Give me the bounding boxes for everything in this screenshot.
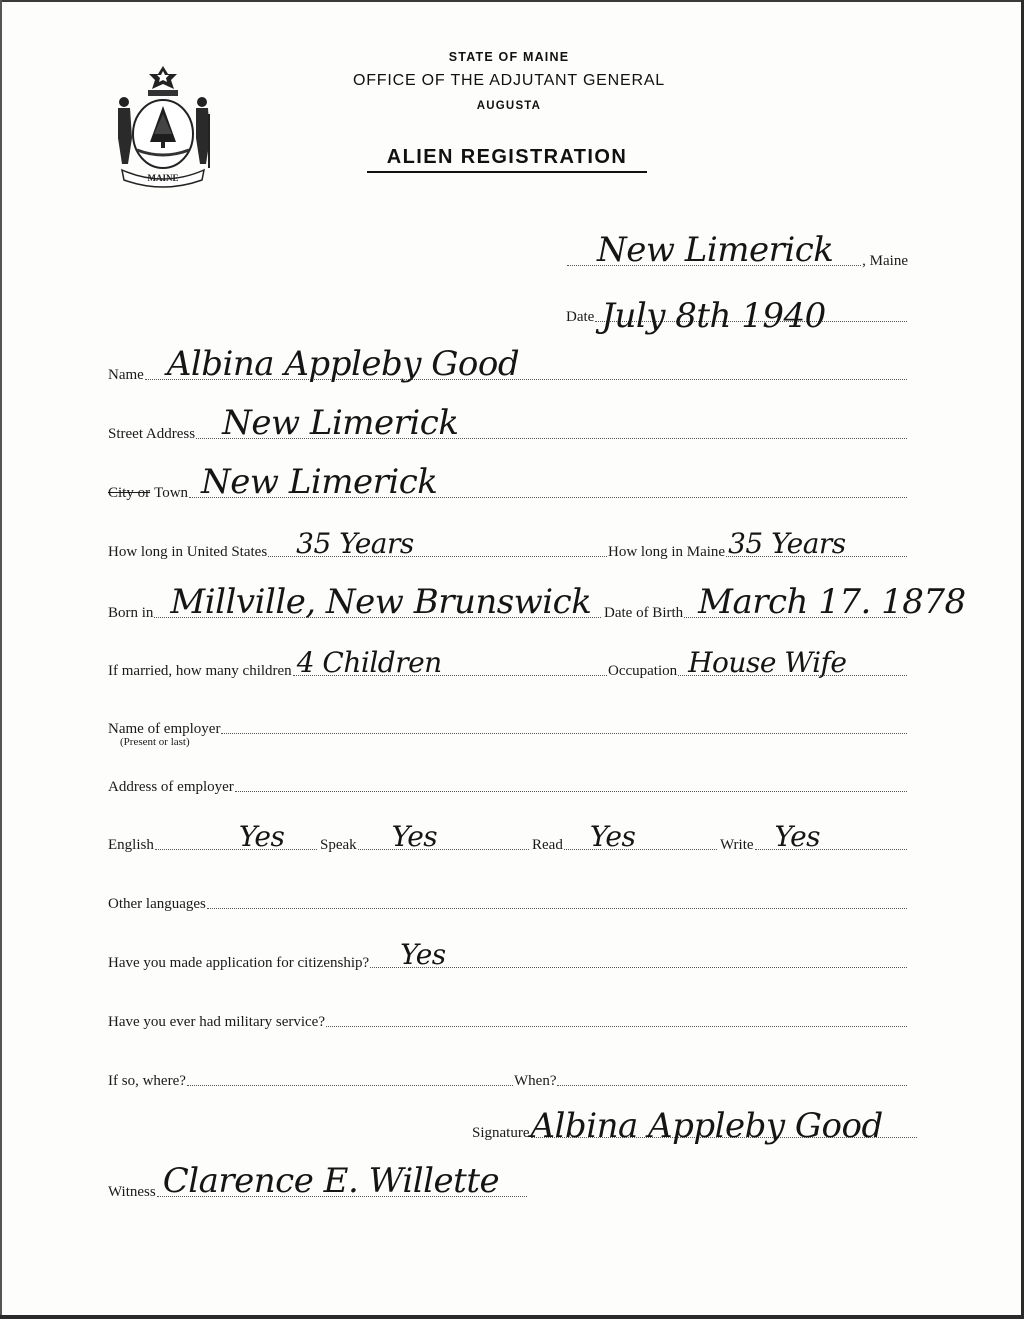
header-state: STATE OF MAINE xyxy=(0,50,1018,64)
years-us-label: How long in United States xyxy=(108,543,267,561)
read-value: Yes xyxy=(590,821,636,853)
born-in-value: Millville, New Brunswick xyxy=(170,583,591,621)
military-service-label: Have you ever had military service? xyxy=(108,1013,325,1031)
speak-value: Yes xyxy=(392,821,438,853)
name-field[interactable]: Name Albina Appleby Good xyxy=(108,366,908,384)
header-office: OFFICE OF THE ADJUTANT GENERAL xyxy=(0,72,1018,90)
date-value: July 8th 1940 xyxy=(601,297,825,335)
page-title: ALIEN REGISTRATION xyxy=(367,146,647,173)
born-in-label: Born in xyxy=(108,604,153,622)
date-field[interactable]: Date July 8th 1940 xyxy=(566,308,908,326)
date-of-birth-label: Date of Birth xyxy=(604,604,683,622)
where-field[interactable]: If so, where? xyxy=(108,1072,514,1090)
children-label: If married, how many children xyxy=(108,662,292,680)
svg-text:MAINE: MAINE xyxy=(148,173,179,183)
other-languages-field[interactable]: Other languages xyxy=(108,895,908,913)
street-address-label: Street Address xyxy=(108,425,195,443)
years-maine-field[interactable]: How long in Maine 35 Years xyxy=(608,543,908,561)
place-field[interactable]: New Limerick , Maine xyxy=(566,252,908,270)
street-address-field[interactable]: Street Address New Limerick xyxy=(108,425,908,443)
witness-field[interactable]: Witness Clarence E. Willette xyxy=(108,1183,528,1201)
citizenship-label: Have you made application for citizenshi… xyxy=(108,954,369,972)
witness-label: Witness xyxy=(108,1183,156,1201)
children-value: 4 Children xyxy=(297,647,442,679)
town-field[interactable]: City or Town New Limerick xyxy=(108,484,908,502)
employer-address-field[interactable]: Address of employer xyxy=(108,778,908,796)
speak-label: Speak xyxy=(320,836,357,854)
occupation-label: Occupation xyxy=(608,662,677,680)
military-service-field[interactable]: Have you ever had military service? xyxy=(108,1013,908,1031)
where-label: If so, where? xyxy=(108,1072,186,1090)
date-of-birth-field[interactable]: Date of Birth March 17. 1878 xyxy=(604,604,908,622)
town-value: New Limerick xyxy=(201,463,437,501)
when-label: When? xyxy=(514,1072,556,1090)
witness-value: Clarence E. Willette xyxy=(163,1162,499,1200)
street-address-value: New Limerick xyxy=(222,404,458,442)
signature-field[interactable]: Signature Albina Appleby Good xyxy=(472,1124,918,1142)
page-edge xyxy=(0,0,2,1319)
occupation-value: House Wife xyxy=(688,647,846,679)
signature-label: Signature xyxy=(472,1124,530,1142)
signature-value: Albina Appleby Good xyxy=(531,1107,883,1145)
years-maine-value: 35 Years xyxy=(728,528,846,560)
city-or-label-struck: City or xyxy=(108,484,150,502)
date-label: Date xyxy=(566,308,594,326)
occupation-field[interactable]: Occupation House Wife xyxy=(608,662,908,680)
employer-name-field[interactable]: Name of employer xyxy=(108,720,908,738)
town-label: Town xyxy=(154,484,188,502)
name-label: Name xyxy=(108,366,144,384)
years-maine-label: How long in Maine xyxy=(608,543,725,561)
english-field[interactable]: English Yes xyxy=(108,836,318,854)
born-in-field[interactable]: Born in Millville, New Brunswick xyxy=(108,604,602,622)
write-value: Yes xyxy=(775,821,821,853)
employer-name-sublabel: (Present or last) xyxy=(120,736,190,748)
speak-field[interactable]: Speak Yes xyxy=(320,836,530,854)
page-edge xyxy=(0,0,1024,2)
citizenship-value: Yes xyxy=(400,939,446,971)
name-value: Albina Appleby Good xyxy=(167,345,519,383)
header-city: AUGUSTA xyxy=(0,100,1018,112)
page-edge xyxy=(0,1315,1024,1319)
english-label: English xyxy=(108,836,154,854)
read-label: Read xyxy=(532,836,563,854)
write-field[interactable]: Write Yes xyxy=(720,836,908,854)
other-languages-label: Other languages xyxy=(108,895,206,913)
employer-address-label: Address of employer xyxy=(108,778,234,796)
english-value: Yes xyxy=(239,821,285,853)
read-field[interactable]: Read Yes xyxy=(532,836,718,854)
years-us-field[interactable]: How long in United States 35 Years xyxy=(108,543,608,561)
write-label: Write xyxy=(720,836,754,854)
place-value: New Limerick xyxy=(597,231,833,269)
years-us-value: 35 Years xyxy=(296,528,414,560)
when-field[interactable]: When? xyxy=(514,1072,908,1090)
children-field[interactable]: If married, how many children 4 Children xyxy=(108,662,608,680)
citizenship-field[interactable]: Have you made application for citizenshi… xyxy=(108,954,908,972)
place-suffix: , Maine xyxy=(862,252,908,270)
date-of-birth-value: March 17. 1878 xyxy=(698,583,966,621)
